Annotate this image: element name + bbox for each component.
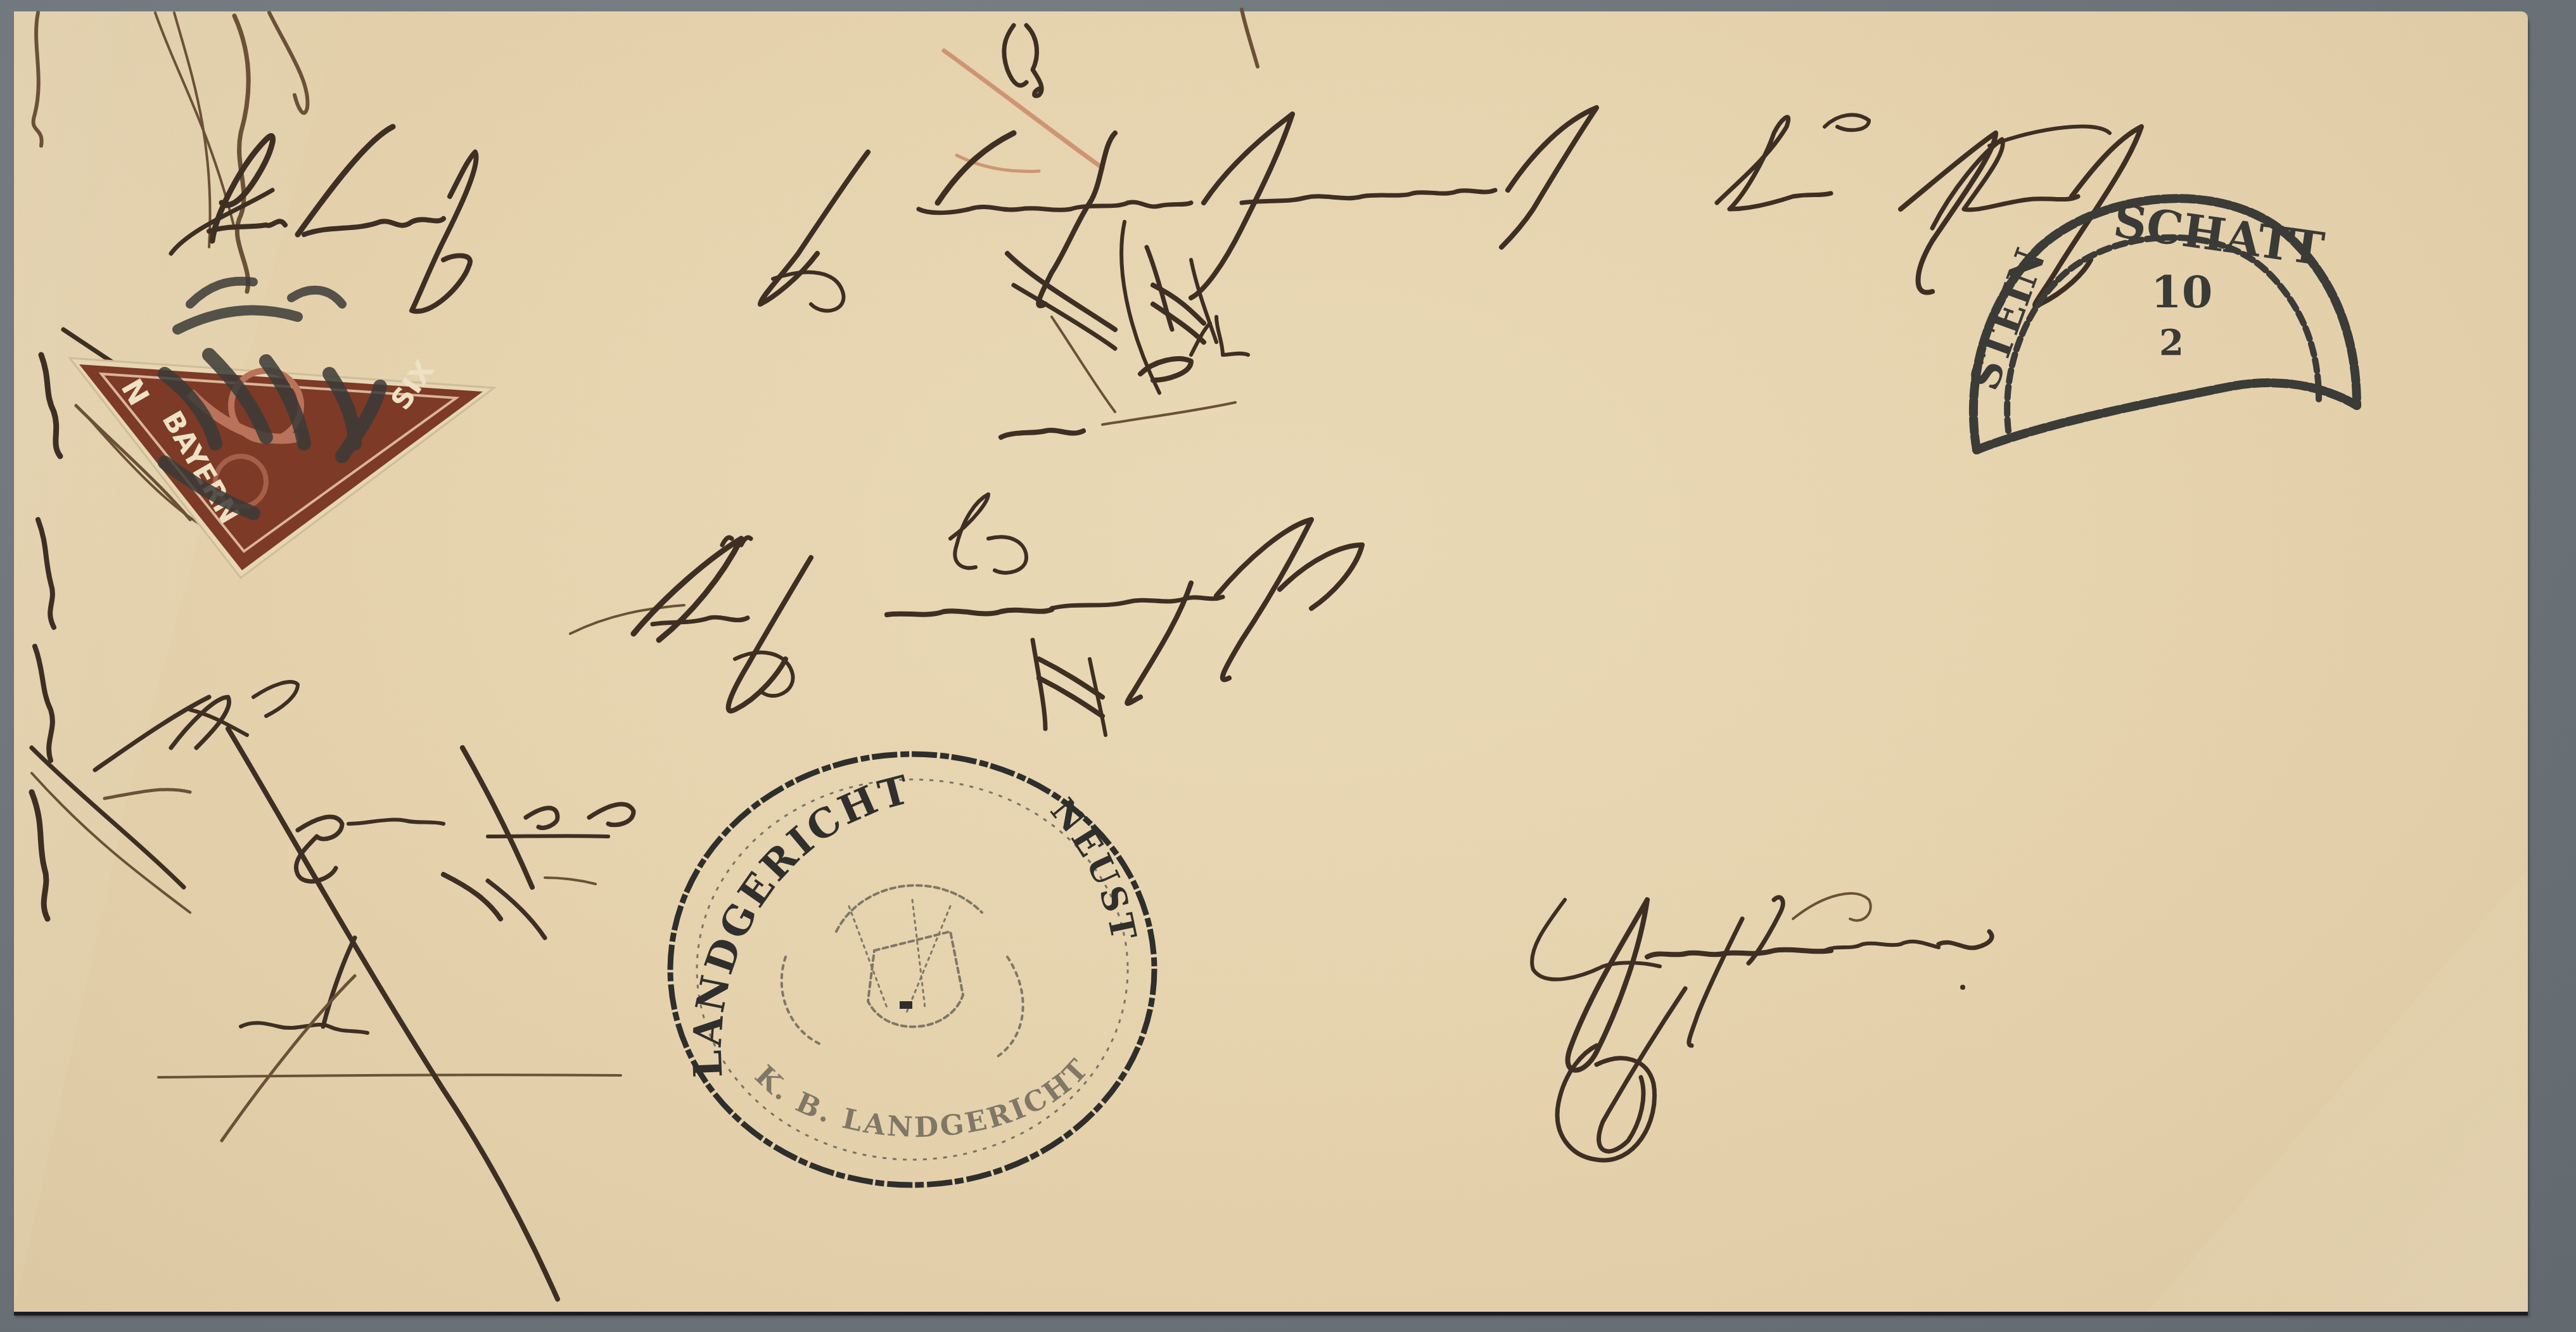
landgericht-seal: LANDGERICHT NEUST K. B. LANDGERICHT <box>670 754 1154 1185</box>
red-crayon-mark <box>944 51 1102 172</box>
seal-bottom-text: K. B. LANDGERICHT <box>749 1052 1096 1144</box>
address-line-2-script <box>1001 222 1248 437</box>
seal-top-text: LANDGERICHT <box>684 765 915 1079</box>
seal-coat-of-arms-icon <box>782 885 1023 1058</box>
top-center-annotation <box>1004 10 1258 96</box>
address-line-4-script <box>1532 893 1992 1160</box>
svg-text:K. B. LANDGERICHT: K. B. LANDGERICHT <box>749 1052 1096 1144</box>
seal-right-text: NEUST <box>1043 790 1145 945</box>
postmark-day: 10 <box>2151 266 2212 318</box>
top-left-handwriting <box>34 13 308 291</box>
postmark-month: 2 <box>2159 322 2184 364</box>
svg-text:LANDGERICHT: LANDGERICHT <box>684 765 915 1079</box>
address-line-3-script <box>570 494 1362 711</box>
svg-text:STEIN: STEIN <box>1961 243 2056 397</box>
period-dot <box>1960 985 1965 990</box>
left-registry-notation <box>95 682 634 1299</box>
half-circle-postmark: SCHATT STEIN 10 2 <box>1961 193 2357 450</box>
roman-numeral-mark <box>1033 640 1106 735</box>
bisected-stamp: N BAYERN SIX <box>70 281 494 578</box>
seal-dot <box>900 1001 912 1009</box>
capital-h-loop-1 <box>760 152 868 311</box>
svg-text:NEUST: NEUST <box>1043 790 1145 945</box>
cover-artwork: SCHATT STEIN 10 2 N BAYERN SIX <box>0 0 2576 1332</box>
